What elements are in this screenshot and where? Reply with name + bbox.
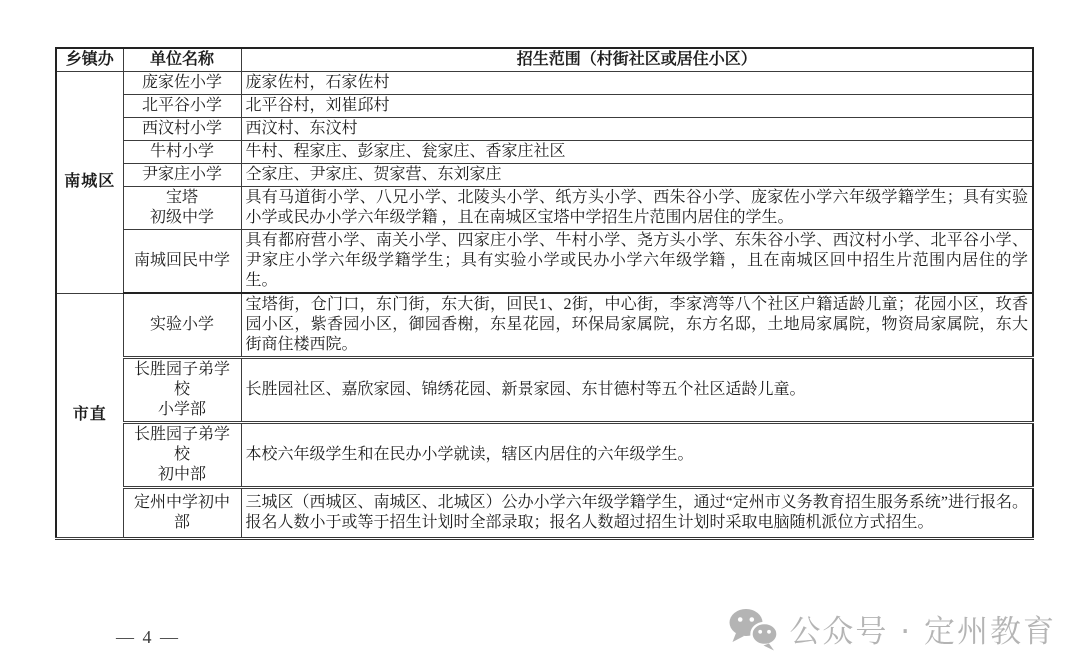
document-page: 乡镇办 单位名称 招生范围（村街社区或居住小区） 南城区 庞家佐小学 庞家佐村，… <box>0 0 1080 661</box>
unit-cell: 长胜园子弟学校 小学部 <box>123 358 241 423</box>
scope-cell: 牛村、程家庄、彭家庄、瓮家庄、香家庄社区 <box>241 141 1033 164</box>
district-cell-nanchengqu: 南城区 <box>56 72 123 294</box>
col-header-unit: 单位名称 <box>123 48 241 72</box>
table-row: 西汶村小学 西汶村、东汶村 <box>56 118 1033 141</box>
header-row: 乡镇办 单位名称 招生范围（村街社区或居住小区） <box>56 48 1033 72</box>
unit-cell: 实验小学 <box>123 293 241 358</box>
unit-cell: 定州中学初中部 <box>123 488 241 539</box>
table-row: 北平谷小学 北平谷村，刘崔邱村 <box>56 95 1033 118</box>
scope-cell: 庞家佐村，石家佐村 <box>241 72 1033 95</box>
watermark-text: 公众号 · 定州教育 <box>789 606 1056 651</box>
scope-cell: 本校六年级学生和在民办小学就读，辖区内居住的六年级学生。 <box>241 423 1033 488</box>
col-header-township: 乡镇办 <box>56 48 123 72</box>
table-row: 定州中学初中部 三城区（西城区、南城区、北城区）公办小学六年级学籍学生，通过“定… <box>56 488 1033 539</box>
wechat-icon <box>727 607 779 651</box>
table-row: 牛村小学 牛村、程家庄、彭家庄、瓮家庄、香家庄社区 <box>56 141 1033 164</box>
district-cell-shizhi: 市直 <box>56 293 123 539</box>
scope-cell: 西汶村、东汶村 <box>241 118 1033 141</box>
table-row: 长胜园子弟学校 小学部 长胜园社区、嘉欣家园、锦绣花园、新景家园、东甘德村等五个… <box>56 358 1033 423</box>
unit-cell: 西汶村小学 <box>123 118 241 141</box>
unit-cell: 南城回民中学 <box>123 230 241 294</box>
unit-cell: 庞家佐小学 <box>123 72 241 95</box>
unit-cell: 长胜园子弟学校 初中部 <box>123 423 241 488</box>
unit-cell: 牛村小学 <box>123 141 241 164</box>
scope-cell: 宝塔街，仓门口，东门街，东大街，回民1、2街，中心街，李家湾等八个社区户籍适龄儿… <box>241 293 1033 358</box>
table-row: 市直 实验小学 宝塔街，仓门口，东门街，东大街，回民1、2街，中心街，李家湾等八… <box>56 293 1033 358</box>
scope-cell: 北平谷村，刘崔邱村 <box>241 95 1033 118</box>
table-row: 南城区 庞家佐小学 庞家佐村，石家佐村 <box>56 72 1033 95</box>
enrollment-table: 乡镇办 单位名称 招生范围（村街社区或居住小区） 南城区 庞家佐小学 庞家佐村，… <box>55 47 1034 540</box>
unit-cell: 尹家庄小学 <box>123 164 241 187</box>
scope-cell: 仝家庄、尹家庄、贺家营、东刘家庄 <box>241 164 1033 187</box>
scope-cell: 三城区（西城区、南城区、北城区）公办小学六年级学籍学生，通过“定州市义务教育招生… <box>241 488 1033 539</box>
enrollment-table-container: 乡镇办 单位名称 招生范围（村街社区或居住小区） 南城区 庞家佐小学 庞家佐村，… <box>55 47 1034 540</box>
unit-cell: 北平谷小学 <box>123 95 241 118</box>
table-row: 南城回民中学 具有都府营小学、南关小学、四家庄小学、牛村小学、尧方头小学、东朱谷… <box>56 230 1033 294</box>
unit-cell: 宝塔 初级中学 <box>123 187 241 230</box>
table-row: 尹家庄小学 仝家庄、尹家庄、贺家营、东刘家庄 <box>56 164 1033 187</box>
col-header-scope: 招生范围（村街社区或居住小区） <box>241 48 1033 72</box>
page-number: — 4 — <box>116 627 180 648</box>
scope-cell: 具有都府营小学、南关小学、四家庄小学、牛村小学、尧方头小学、东朱谷小学、西汶村小… <box>241 230 1033 294</box>
table-row: 宝塔 初级中学 具有马道街小学、八兄小学、北陵头小学、纸方头小学、西朱谷小学、庞… <box>56 187 1033 230</box>
wechat-watermark: 公众号 · 定州教育 <box>727 606 1056 651</box>
table-row: 长胜园子弟学校 初中部 本校六年级学生和在民办小学就读，辖区内居住的六年级学生。 <box>56 423 1033 488</box>
scope-cell: 具有马道街小学、八兄小学、北陵头小学、纸方头小学、西朱谷小学、庞家佐小学六年级学… <box>241 187 1033 230</box>
scope-cell: 长胜园社区、嘉欣家园、锦绣花园、新景家园、东甘德村等五个社区适龄儿童。 <box>241 358 1033 423</box>
